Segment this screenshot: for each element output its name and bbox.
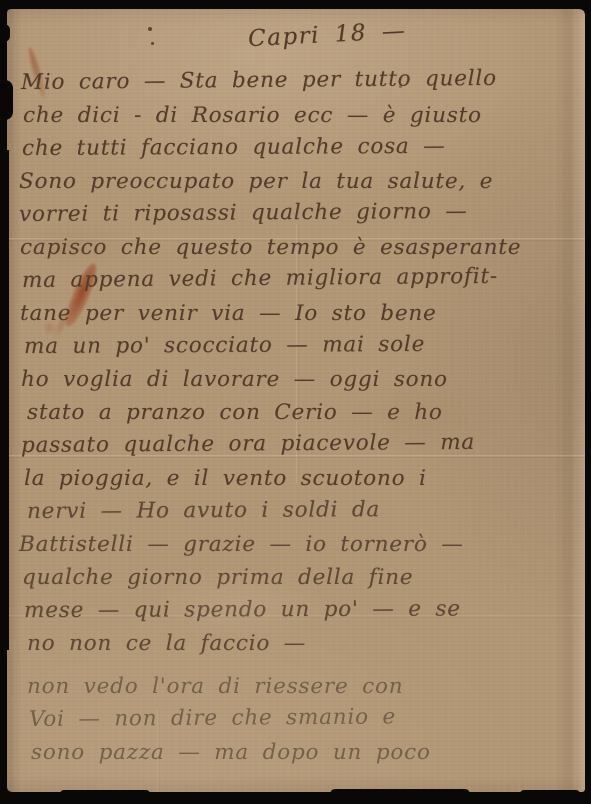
ink-speck — [148, 27, 152, 31]
letter-line: che dici - di Rosario ecc — è giusto — [23, 99, 571, 132]
scanned-letter: Capri 18 — Mio caro — Sta bene per tutto… — [0, 0, 591, 804]
letter-page: Capri 18 — Mio caro — Sta bene per tutto… — [7, 9, 585, 792]
letter-line: stato a pranzo con Cerio — e ho — [27, 396, 571, 429]
scan-edge-notch — [585, 0, 591, 804]
letter-line: vorrei ti riposassi qualche giorno — — [19, 194, 571, 231]
scan-edge-deckle — [520, 790, 580, 794]
letter-line: sono pazza — ma dopo un poco — [31, 736, 571, 769]
letter-line: nervi — Ho avuto i soldi da — [27, 492, 571, 528]
letter-line: tane per venir via — Io sto bene — [20, 297, 571, 330]
scan-edge-deckle — [60, 790, 150, 794]
scan-edge-deckle — [330, 789, 470, 794]
letter-line: no non ce la faccio — — [27, 627, 571, 660]
letter-line: non vedo l'ora di riessere con — [27, 670, 571, 703]
letter-line: la pioggia, e il vento scuotono i — [24, 462, 571, 495]
letter-line: Sono preoccupato per la tua salute, e — [19, 165, 571, 198]
letter-line: Mio caro — Sta bene per tutto quello — [21, 61, 571, 99]
scan-edge-notch — [0, 24, 10, 42]
letter-line: ho voglia di lavorare — oggi sono — [21, 363, 571, 396]
letter-line: passato qualche ora piacevole — ma — [21, 425, 571, 462]
letter-body: Mio caro — Sta bene per tutto quello che… — [19, 66, 571, 769]
scan-edge-notch — [0, 80, 13, 120]
letter-line: ma appena vedi che migliora approfit- — [22, 259, 571, 297]
letter-line: che tutti facciano qualche cosa — — [22, 129, 571, 165]
letter-line: qualche giorno prima della fine — [22, 561, 571, 594]
letter-line: Battistelli — grazie — io tornerò — — [19, 528, 571, 561]
letter-line: mese — qui spendo un po' — e se — [24, 592, 571, 627]
letter-line: Voi — non dire che smanio e — [29, 699, 571, 736]
ink-speck — [151, 42, 154, 45]
letter-line: ma un po' scocciato — mai sole — [24, 327, 571, 363]
dateline: Capri 18 — — [247, 18, 406, 52]
scan-edge-notch — [0, 150, 9, 650]
